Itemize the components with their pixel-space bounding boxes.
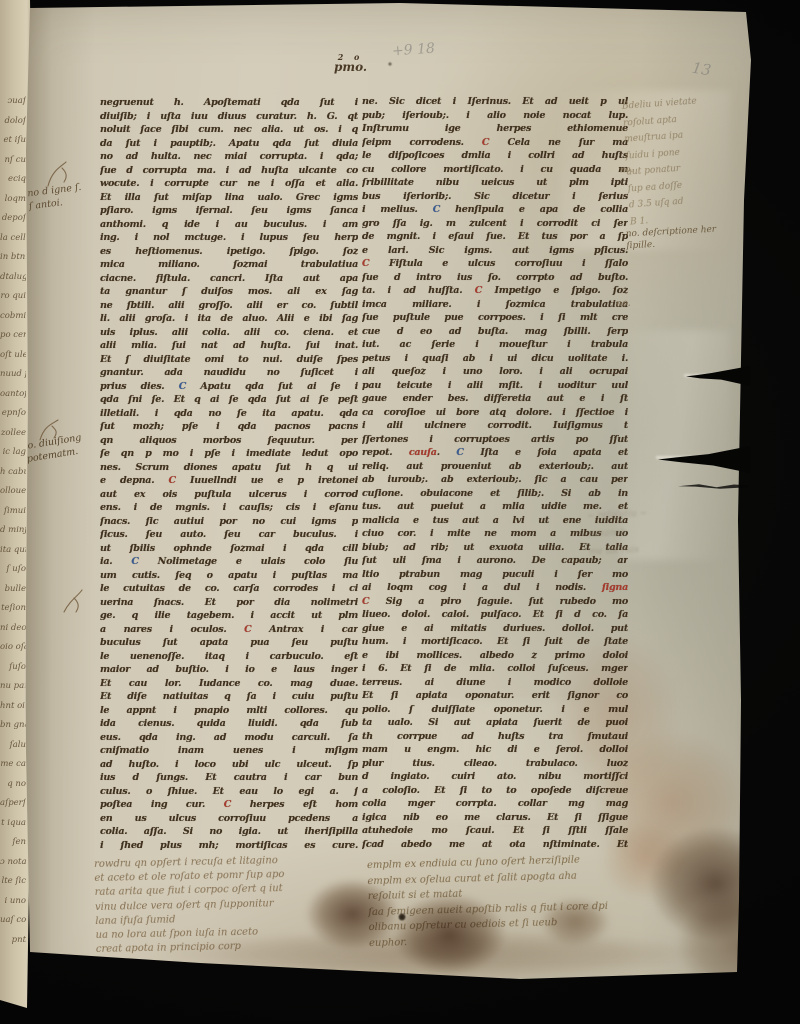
rubric-red-mark: C bbox=[482, 137, 489, 148]
pen-flourish-icon bbox=[42, 160, 72, 190]
rubric-blue-mark: C bbox=[131, 556, 138, 567]
rubric-blue-mark: C bbox=[179, 381, 186, 392]
facing-page-text-fragments: ɔuaſdoloſet iſunſ cueciqloqmdepoſla cell… bbox=[0, 0, 26, 950]
ink-stain bbox=[676, 892, 800, 997]
quire-signature: 2 o pmo. bbox=[334, 52, 367, 72]
rubric-red-mark: C bbox=[475, 285, 482, 296]
text-column-left: negruenut h. Apoſtemati qda ſut idiuiſib… bbox=[100, 96, 358, 854]
manuscript-photo: ɔuaſdoloſet iſunſ cueciqloqmdepoſla cell… bbox=[0, 0, 800, 1024]
rubric-red-mark: C bbox=[244, 624, 251, 635]
pencil-scribble: +9 18 bbox=[391, 41, 435, 60]
ghost-show-through-text: ~ reſolutiu ~zonanebme tot ruis bbox=[587, 504, 650, 561]
rubric-red-mark: C bbox=[362, 596, 369, 607]
rubric-red-mark: C bbox=[224, 799, 231, 810]
ink-dot bbox=[388, 62, 392, 66]
manuscript-page: 2 o pmo. +9 18 13 negruenut h. Apoſtemat… bbox=[0, 0, 800, 1024]
pen-flourish-icon bbox=[36, 418, 62, 444]
margin-note-hersipille: no. deſcriptione herſipille. bbox=[625, 224, 717, 253]
text-column-right: ne. Sic dicet i Iſerinus. Et ad ueit p u… bbox=[362, 95, 628, 855]
ink-stain bbox=[648, 826, 783, 941]
rubric-red-mark: C bbox=[362, 258, 369, 269]
rubric-blue-mark: C bbox=[433, 204, 440, 215]
folio-number: 13 bbox=[691, 59, 713, 80]
rubric-red-mark: ſigna bbox=[602, 582, 628, 593]
rubric-blue-mark: C bbox=[456, 447, 463, 458]
rubric-red-mark: cauſa bbox=[409, 447, 437, 458]
footer-annotation-right: emplm ex endiuia cu ſuno oſert herziſipi… bbox=[367, 852, 609, 951]
footer-annotation-left: rowdru qn opſert i recuſa et litaginoet … bbox=[94, 854, 286, 957]
rubric-red-mark: C bbox=[168, 475, 175, 486]
margin-note-nota: no. bbox=[616, 298, 631, 310]
margin-note-recipe: Bdeliu ui vietateroſolut aptameuſtrua ip… bbox=[621, 94, 705, 231]
pen-flourish-icon bbox=[60, 586, 86, 616]
quire-signature-label: pmo. bbox=[334, 60, 367, 74]
